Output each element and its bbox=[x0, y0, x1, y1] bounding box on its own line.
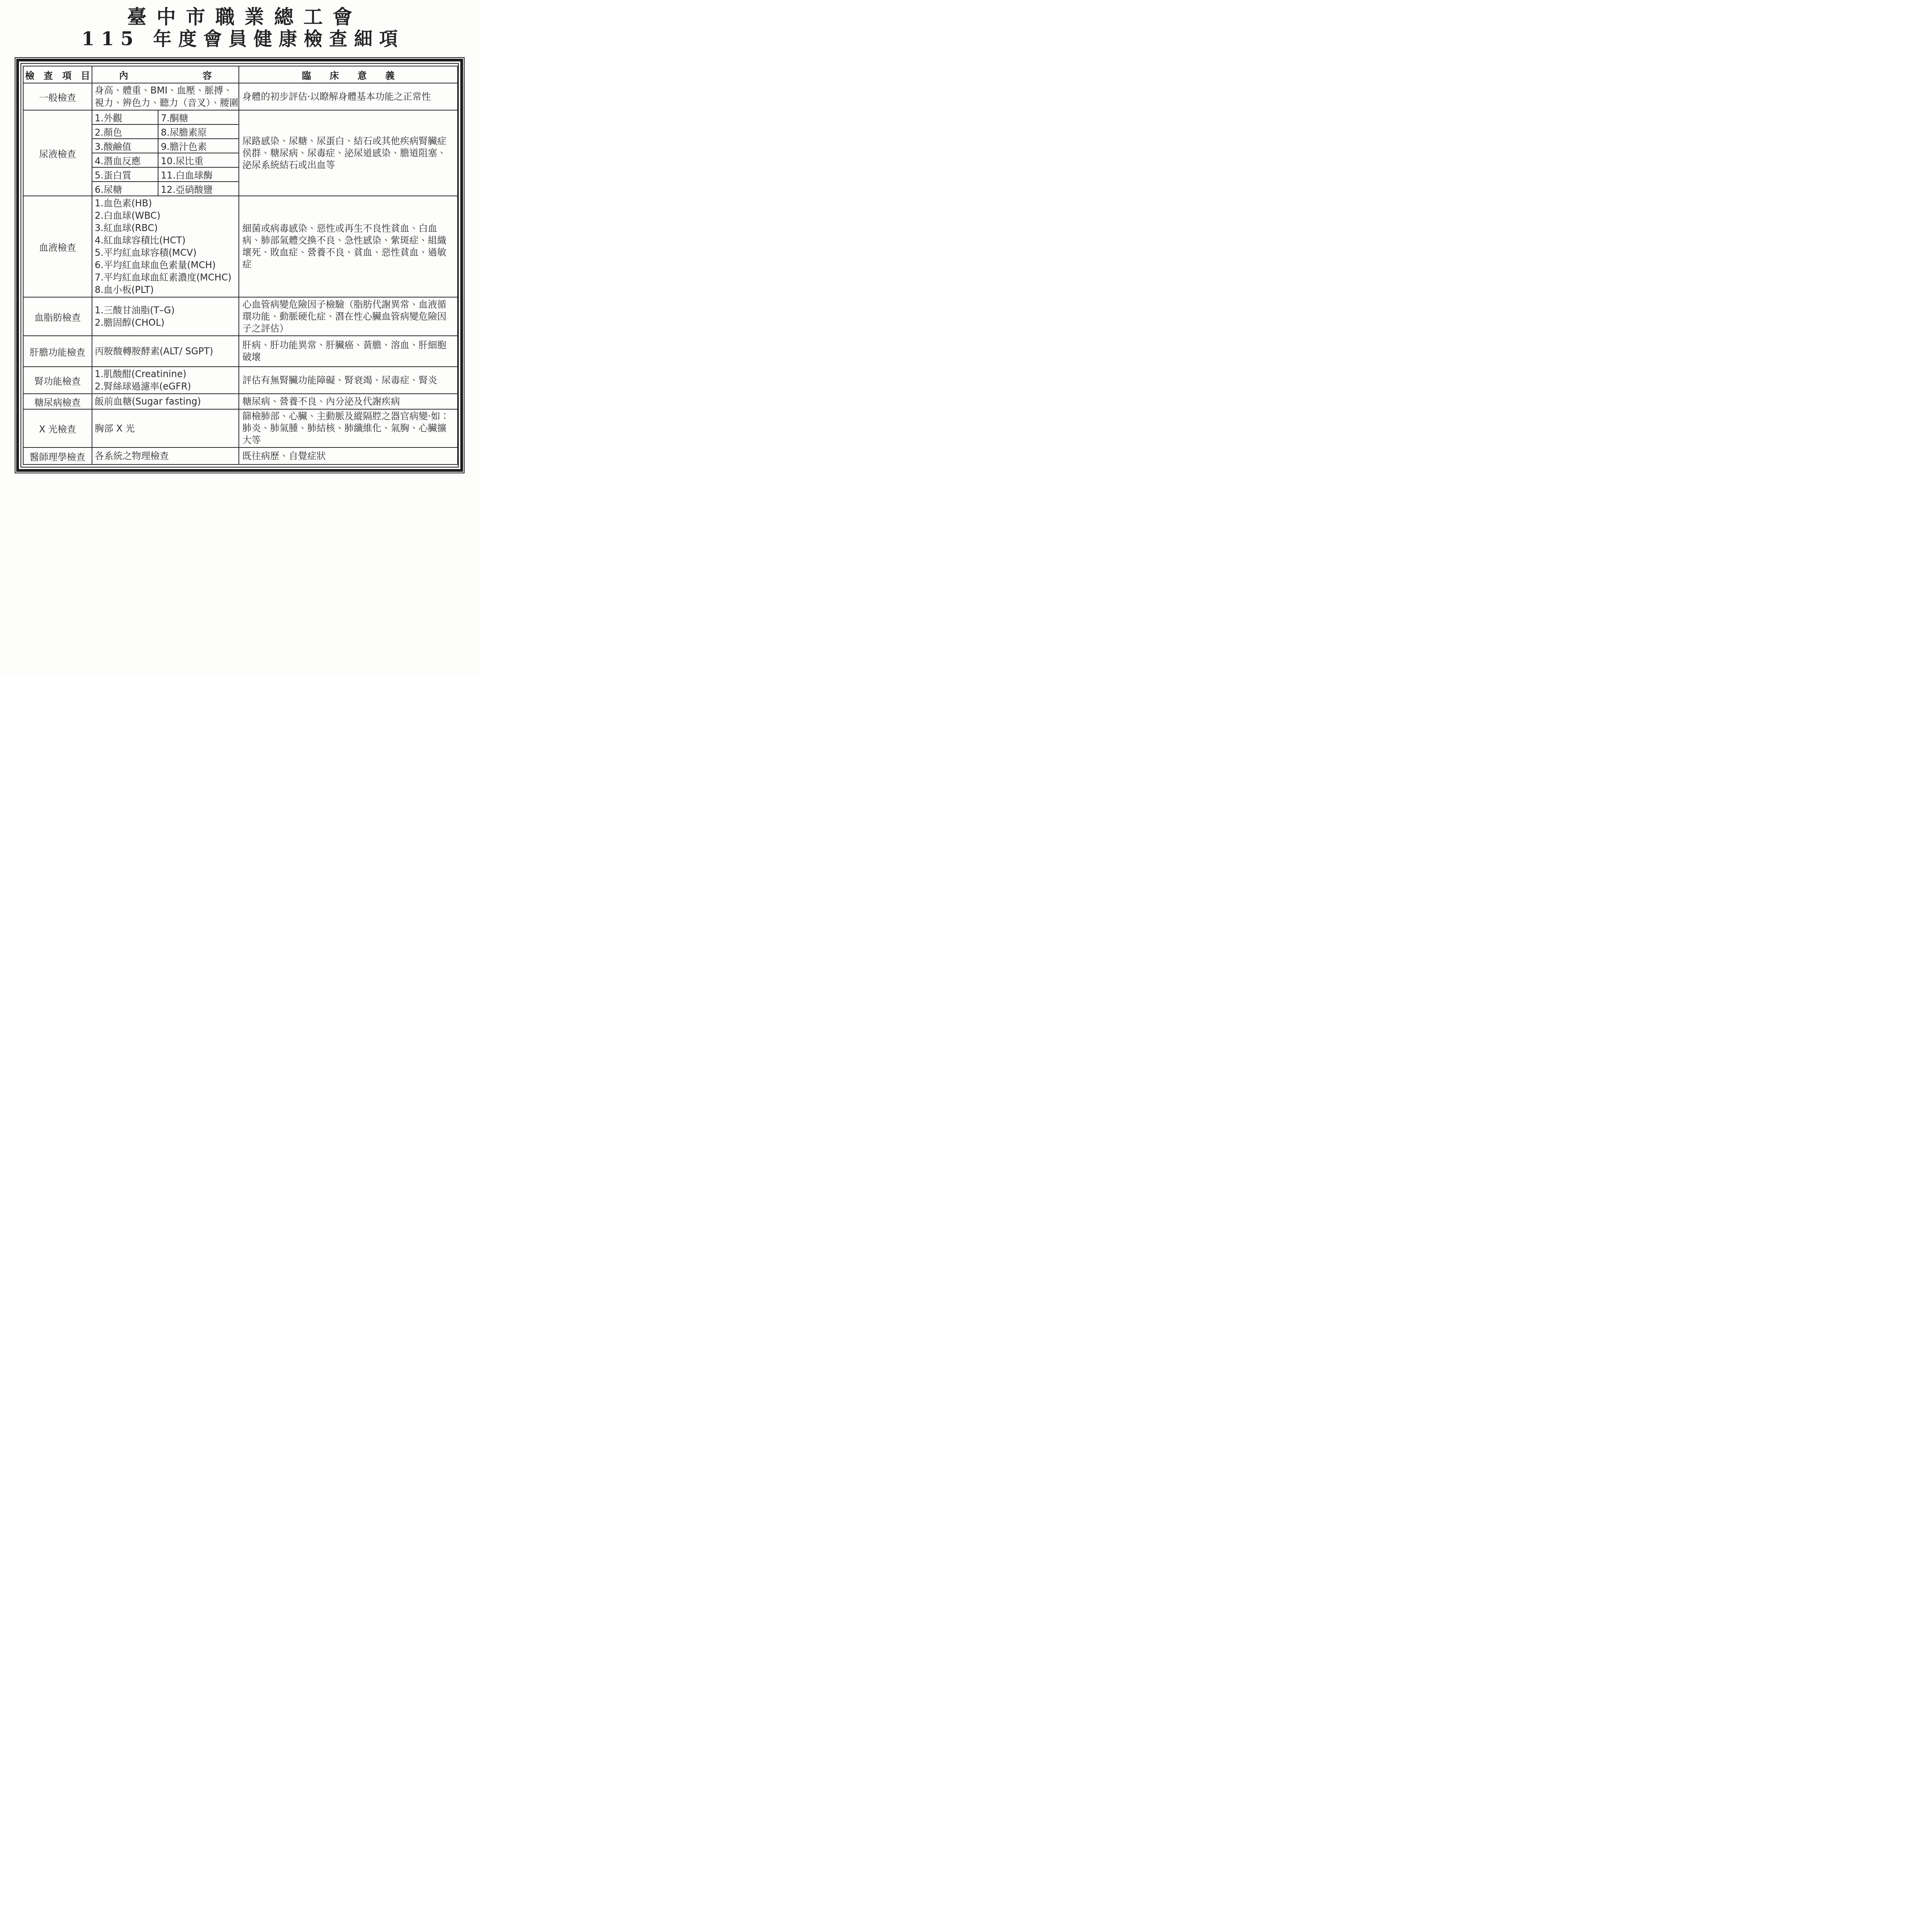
row-meaning: 評估有無腎臟功能障礙、腎衰竭、尿毒症、腎炎 bbox=[239, 367, 458, 394]
row-label: 糖尿病檢查 bbox=[23, 394, 92, 409]
list-item: 9.膽汁色素 bbox=[158, 139, 238, 153]
row-label: 尿液檢查 bbox=[23, 110, 92, 196]
content-line: 2.白血球(WBC) bbox=[95, 209, 236, 222]
row-meaning: 細菌或病毒感染、惡性或再生不良性貧血、白血病、肺部氣體交換不良、急性感染、紫斑症… bbox=[239, 196, 458, 297]
content-line: 飯前血糖(Sugar fasting) bbox=[95, 395, 236, 408]
list-item: 8.尿膽素原 bbox=[158, 124, 238, 139]
row-meaning: 身體的初步評估·以瞭解身體基本功能之正常性 bbox=[239, 83, 458, 110]
table-row-kidney: 腎功能檢查 1.肌酸酣(Creatinine) 2.腎絲球過濾率(eGFR) 評… bbox=[23, 367, 458, 394]
row-label: 血脂肪檢查 bbox=[23, 297, 92, 336]
sub-row: 4.潛血反應 10.尿比重 bbox=[92, 153, 238, 167]
content-line: 1.血色素(HB) bbox=[95, 197, 236, 209]
row-label: 一般檢查 bbox=[23, 83, 92, 110]
content-line: 視力、辨色力、聽力（音叉）、腰圍 bbox=[95, 97, 236, 109]
document-subtitle: 115 年度會員健康檢查細項 bbox=[0, 29, 479, 50]
content-line: 丙胺酸轉胺酵素(ALT/ SGPT) bbox=[95, 345, 236, 357]
row-content: 1.肌酸酣(Creatinine) 2.腎絲球過濾率(eGFR) bbox=[92, 367, 239, 394]
table-row-urine: 尿液檢查 1.外觀 7.酮糖 2.顏色 8.尿膽素原 bbox=[23, 110, 458, 196]
content-line: 8.血小板(PLT) bbox=[95, 284, 236, 296]
row-content: 身高、體重、BMI、血壓、脈搏、 視力、辨色力、聽力（音叉）、腰圍 bbox=[92, 83, 239, 110]
row-label: 肝膽功能檢查 bbox=[23, 336, 92, 367]
content-line: 胸部 X 光 bbox=[95, 422, 236, 435]
row-meaning: 心血管病變危險因子檢驗（脂肪代謝異常、血液循環功能、動脈硬化症、潛在性心臟血管病… bbox=[239, 297, 458, 336]
list-item: 2.顏色 bbox=[92, 124, 158, 139]
list-item: 11.白血球酶 bbox=[158, 167, 238, 182]
row-content: 各系統之物理檢查 bbox=[92, 447, 239, 464]
list-item: 12.亞硝酸鹽 bbox=[158, 182, 238, 196]
document-title-block: 臺中市職業總工會 115 年度會員健康檢查細項 bbox=[0, 0, 479, 50]
row-label: 醫師理學檢查 bbox=[23, 447, 92, 464]
table-row-blood: 血液檢查 1.血色素(HB) 2.白血球(WBC) 3.紅血球(RBC) 4.紅… bbox=[23, 196, 458, 297]
row-content: 飯前血糖(Sugar fasting) bbox=[92, 394, 239, 409]
table-row-liver: 肝膽功能檢查 丙胺酸轉胺酵素(ALT/ SGPT) 肝病、肝功能異常、肝臟癌、黃… bbox=[23, 336, 458, 367]
row-content: 丙胺酸轉胺酵素(ALT/ SGPT) bbox=[92, 336, 239, 367]
row-meaning: 糖尿病、營養不良、內分泌及代謝疾病 bbox=[239, 394, 458, 409]
content-line: 3.紅血球(RBC) bbox=[95, 222, 236, 234]
organization-title: 臺中市職業總工會 bbox=[0, 6, 479, 28]
table-row-general: 一般檢查 身高、體重、BMI、血壓、脈搏、 視力、辨色力、聽力（音叉）、腰圍 身… bbox=[23, 83, 458, 110]
sub-row: 2.顏色 8.尿膽素原 bbox=[92, 124, 238, 139]
content-line: 1.三酸甘油脂(T–G) bbox=[95, 304, 236, 316]
list-item: 5.蛋白質 bbox=[92, 167, 158, 182]
row-meaning: 肝病、肝功能異常、肝臟癌、黃膽、溶血、肝細胞破壞 bbox=[239, 336, 458, 367]
content-line: 2.膽固醇(CHOL) bbox=[95, 316, 236, 329]
list-item: 4.潛血反應 bbox=[92, 153, 158, 167]
header-check-item: 檢 查 項 目 bbox=[23, 66, 92, 83]
sub-row: 1.外觀 7.酮糖 bbox=[92, 111, 238, 124]
scanned-document-page: 臺中市職業總工會 115 年度會員健康檢查細項 檢 查 項 目 內 容 臨 床 … bbox=[0, 0, 479, 678]
list-item: 3.酸鹼值 bbox=[92, 139, 158, 153]
health-check-table: 檢 查 項 目 內 容 臨 床 意 義 一般檢查 身高、體重、BMI、血壓、脈搏… bbox=[23, 66, 458, 465]
row-meaning: 篩檢肺部、心臟、主動脈及縱隔腔之器官病變·如：肺炎、肺氣腫、肺結核、肺纖維化、氣… bbox=[239, 409, 458, 447]
row-label: X 光檢查 bbox=[23, 409, 92, 447]
row-content: 1.外觀 7.酮糖 2.顏色 8.尿膽素原 3.酸鹼值 9.膽汁色素 bbox=[92, 110, 239, 196]
header-clinical-meaning: 臨 床 意 義 bbox=[239, 66, 458, 83]
table-row-blood-lipid: 血脂肪檢查 1.三酸甘油脂(T–G) 2.膽固醇(CHOL) 心血管病變危險因子… bbox=[23, 297, 458, 336]
row-meaning: 尿路感染、尿糖、尿蛋白、結石或其他疾病腎臟症侯群、糖尿病、尿毒症、泌尿道感染、膽… bbox=[239, 110, 458, 196]
row-content: 胸部 X 光 bbox=[92, 409, 239, 447]
table-row-physician-physical: 醫師理學檢查 各系統之物理檢查 既往病歷、自覺症狀 bbox=[23, 447, 458, 464]
row-content: 1.三酸甘油脂(T–G) 2.膽固醇(CHOL) bbox=[92, 297, 239, 336]
sub-row: 3.酸鹼值 9.膽汁色素 bbox=[92, 139, 238, 153]
list-item: 7.酮糖 bbox=[158, 111, 238, 124]
list-item: 10.尿比重 bbox=[158, 153, 238, 167]
table-outer-frame: 檢 查 項 目 內 容 臨 床 意 義 一般檢查 身高、體重、BMI、血壓、脈搏… bbox=[15, 57, 465, 473]
list-item: 6.尿糖 bbox=[92, 182, 158, 196]
content-line: 4.紅血球容積比(HCT) bbox=[95, 234, 236, 247]
content-line: 2.腎絲球過濾率(eGFR) bbox=[95, 380, 236, 393]
content-line: 7.平均紅血球血紅素濃度(MCHC) bbox=[95, 271, 236, 284]
content-line: 5.平均紅血球容積(MCV) bbox=[95, 247, 236, 259]
content-line: 1.肌酸酣(Creatinine) bbox=[95, 368, 236, 380]
sub-row: 6.尿糖 12.亞硝酸鹽 bbox=[92, 182, 238, 196]
row-meaning: 既往病歷、自覺症狀 bbox=[239, 447, 458, 464]
content-line: 身高、體重、BMI、血壓、脈搏、 bbox=[95, 84, 236, 97]
row-label: 血液檢查 bbox=[23, 196, 92, 297]
list-item: 1.外觀 bbox=[92, 111, 158, 124]
row-content: 1.血色素(HB) 2.白血球(WBC) 3.紅血球(RBC) 4.紅血球容積比… bbox=[92, 196, 239, 297]
content-line: 各系統之物理檢查 bbox=[95, 450, 236, 462]
row-label: 腎功能檢查 bbox=[23, 367, 92, 394]
urine-items-subtable: 1.外觀 7.酮糖 2.顏色 8.尿膽素原 3.酸鹼值 9.膽汁色素 bbox=[92, 111, 238, 196]
header-content: 內 容 bbox=[92, 66, 239, 83]
table-row-diabetes: 糖尿病檢查 飯前血糖(Sugar fasting) 糖尿病、營養不良、內分泌及代… bbox=[23, 394, 458, 409]
content-line: 6.平均紅血球血色素量(MCH) bbox=[95, 259, 236, 271]
table-inner-frame: 檢 查 項 目 內 容 臨 床 意 義 一般檢查 身高、體重、BMI、血壓、脈搏… bbox=[20, 63, 459, 468]
table-row-xray: X 光檢查 胸部 X 光 篩檢肺部、心臟、主動脈及縱隔腔之器官病變·如：肺炎、肺… bbox=[23, 409, 458, 447]
sub-row: 5.蛋白質 11.白血球酶 bbox=[92, 167, 238, 182]
table-thick-frame: 檢 查 項 目 內 容 臨 床 意 義 一般檢查 身高、體重、BMI、血壓、脈搏… bbox=[16, 59, 463, 472]
table-header-row: 檢 查 項 目 內 容 臨 床 意 義 bbox=[23, 66, 458, 83]
